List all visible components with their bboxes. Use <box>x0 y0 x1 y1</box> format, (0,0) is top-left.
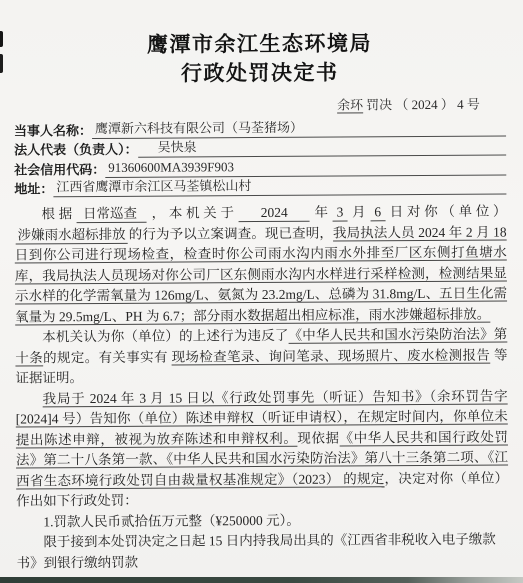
field-label: 地址： <box>14 178 53 197</box>
document-body: 根据日常巡查，本机关于2024年3月6日对你（单位）涉嫌雨水超标排放的行为予以立… <box>14 202 508 574</box>
field-label: 法人代表（负责人）： <box>14 139 138 159</box>
paragraph-notification: 我局于 2024 年 3 月 15 日以《行政处罚事先（听证）告知书》（余环罚告… <box>16 386 509 512</box>
paragraph-payment-instruction: 限于接到本处罚决定之日起 15 日内持我局出具的《江西省非税收入电子缴款 <box>16 529 508 553</box>
document-content: 鹰潭市余江生态环境局 行政处罚决定书 余环罚决 （ 2024 ） 4 号 当事人… <box>0 0 523 583</box>
filled-blank-alleged-violation: 涉嫌雨水超标排放 <box>16 226 128 244</box>
text-segment: 月 <box>348 204 369 219</box>
filled-blank-year: 2024 <box>239 205 310 222</box>
text-segment: 本机关认为你（单位）的上述行为违反了 <box>42 328 288 345</box>
text-segment: 限于接到本处罚决定之日起 15 日内持我局出具的《江西省非税收入电子缴款 <box>43 532 495 550</box>
text-segment: 书》到银行缴纳罚款 <box>17 554 139 570</box>
filled-blank-inspection-type: 日常巡查 <box>77 206 147 223</box>
filled-blank-day: 6 <box>370 204 385 221</box>
document-number: 余环罚决 （ 2024 ） 4 号 <box>14 94 480 116</box>
text-segment: 现依据 <box>297 430 339 445</box>
text-segment: 根据 <box>41 206 76 221</box>
scan-edge-bottom <box>0 577 523 583</box>
field-row-address: 地址： 江西省鹰潭市余江区马荃镇松山村 <box>14 175 506 198</box>
header-fields: 当事人名称： 鹰潭新六科技有限公司（马荃猪场） 法人代表（负责人）： 吴快泉 社… <box>14 117 506 198</box>
paragraph-case-filing: 根据日常巡查，本机关于2024年3月6日对你（单位）涉嫌雨水超标排放的行为予以立… <box>14 202 507 328</box>
filled-blank-month: 3 <box>333 204 348 221</box>
text-segment: 的行为予以立案调查。现已查明， <box>129 225 333 241</box>
field-value: 吴快泉 <box>138 135 507 158</box>
underlined-evidence-list: 现场检查笔录、询问笔录、现场照片、废水检测报告 <box>171 347 490 364</box>
field-row-legal-representative: 法人代表（负责人）： 吴快泉 <box>14 136 506 159</box>
text-segment: 年 <box>311 205 332 220</box>
document-title-line1: 鹰潭市余江生态环境局 <box>13 29 505 61</box>
scan-artifact-left-mark-1 <box>0 31 3 47</box>
text-segment: 日对你（单位） <box>386 204 507 220</box>
document-number-agency: 余环 <box>334 97 366 112</box>
paragraph-legal-finding: 本机关认为你（单位）的上述行为违反了《中华人民共和国水污染防治法》第十条的规定。… <box>15 324 507 389</box>
document-number-rest: 罚决 （ 2024 ） 4 号 <box>366 97 480 113</box>
fine-amount-text: 1.罚款人民币贰拾伍万元整（¥250000 元）。 <box>43 512 300 529</box>
document-title-line2: 行政处罚决定书 <box>14 58 506 90</box>
text-segment: ，本机关于 <box>148 205 238 221</box>
text-segment: 的规定。有关事实有 <box>43 349 172 365</box>
scan-artifact-left-mark-2 <box>0 54 3 73</box>
penalty-decision-document: 鹰潭市余江生态环境局 行政处罚决定书 余环罚决 （ 2024 ） 4 号 当事人… <box>0 0 523 583</box>
field-label: 当事人名称： <box>14 120 92 139</box>
field-value: 江西省鹰潭市余江区马荃镇松山村 <box>53 174 506 198</box>
paragraph-payment-continuation: 书》到银行缴纳罚款 <box>17 550 509 574</box>
